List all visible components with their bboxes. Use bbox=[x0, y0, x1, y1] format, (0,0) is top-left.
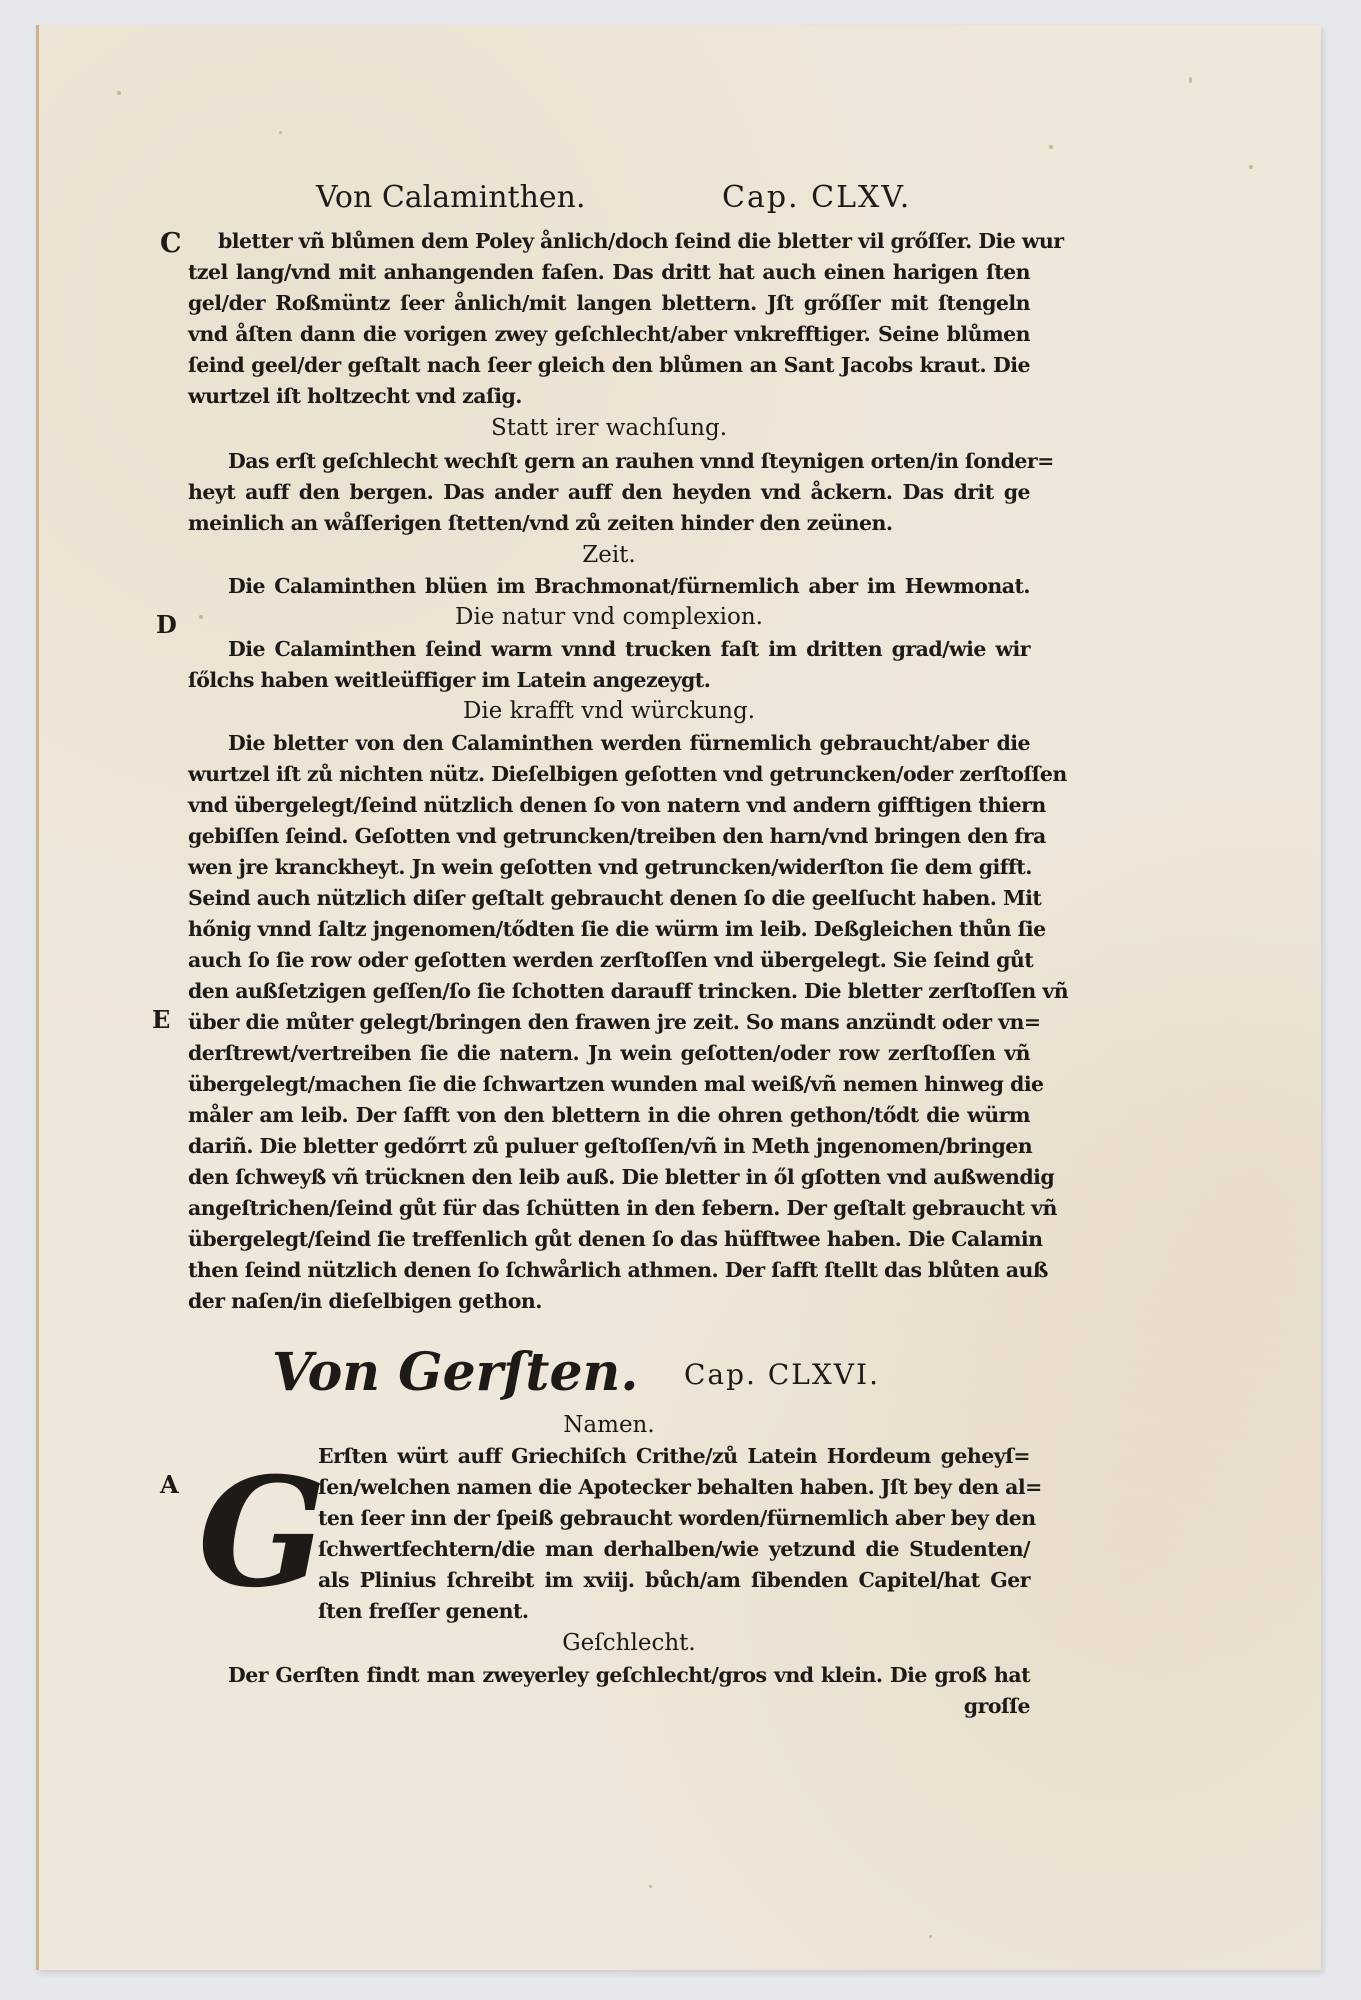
text-line: auch ſo ſie row oder geſotten werden zer… bbox=[188, 945, 1030, 976]
foxing-spot bbox=[929, 1935, 932, 1938]
text-line: wen jre kranckheyt. Jn wein geſotten vnd… bbox=[188, 852, 1030, 883]
text-line: wurtzel iſt zů nichten nütz. Dieſelbigen… bbox=[188, 759, 1030, 790]
text-line: bletter vñ blůmen dem Poley ånlich/doch … bbox=[218, 226, 1030, 257]
chapter-166-number: Cap. CLXVI. bbox=[684, 1358, 880, 1391]
text-line: den außſetzigen geſſen/ſo ſie ſchotten d… bbox=[188, 976, 1030, 1007]
foxing-spot bbox=[1249, 165, 1253, 169]
foxing-spot bbox=[117, 91, 121, 95]
section-heading-nature: Die natur vnd complexion. bbox=[188, 602, 1030, 633]
text-line: übergelegt/ſeind ſie treffenlich gůt den… bbox=[188, 1224, 1030, 1255]
text-line: Seind auch nützlich diſer geſtalt gebrau… bbox=[188, 883, 1030, 914]
text-line: meinlich an wåſſerigen ſtetten/vnd zů ze… bbox=[188, 508, 1030, 539]
section-heading-power: Die krafft vnd würckung. bbox=[188, 696, 1030, 727]
decorative-initial-g: G bbox=[198, 1458, 310, 1608]
section-heading-time: Zeit. bbox=[188, 540, 1030, 571]
text-line: hőnig vnnd ſaltz jngenomen/tődten ſie di… bbox=[188, 914, 1030, 945]
section-heading-kinds: Geſchlecht. bbox=[208, 1628, 1050, 1659]
text-line: gebiſſen ſeind. Geſotten vnd getruncken/… bbox=[188, 821, 1030, 852]
text-line: ſen/welchen namen die Apotecker behalten… bbox=[318, 1472, 1030, 1503]
foxing-spot bbox=[1189, 77, 1192, 83]
text-line: als Plinius ſchreibt im xviij. bůch/am ſ… bbox=[318, 1565, 1030, 1596]
foxing-spot bbox=[649, 1885, 652, 1888]
margin-letter-d: D bbox=[156, 610, 177, 639]
text-line: tzel lang/vnd mit anhangenden faſen. Das… bbox=[188, 257, 1030, 288]
text-line: den ſchweyß vñ trücknen den leib auß. Di… bbox=[188, 1162, 1030, 1193]
text-line: angeſtrichen/ſeind gůt für das ſchütten … bbox=[188, 1193, 1030, 1224]
chapter-165-number: Cap. CLXV. bbox=[722, 180, 911, 215]
text-line: ſchwertfechtern/die man derhalben/wie ye… bbox=[318, 1534, 1030, 1565]
foxing-spot bbox=[279, 131, 282, 134]
text-line: Die Calaminthen ſeind warm vnnd trucken … bbox=[228, 634, 1030, 665]
text-line: übergelegt/machen ſie die ſchwartzen wun… bbox=[188, 1069, 1030, 1100]
text-line: Der Gerſten findt man zweyerley geſchlec… bbox=[228, 1660, 1030, 1691]
margin-letter-c: C bbox=[160, 228, 182, 259]
text-line: dariñ. Die bletter gedőrrt zů puluer geſ… bbox=[188, 1131, 1030, 1162]
foxing-spot bbox=[1049, 145, 1053, 149]
text-line: then ſeind nützlich denen ſo ſchwårlich … bbox=[188, 1255, 1030, 1286]
text-line: derſtrewt/vertreiben ſie die natern. Jn … bbox=[188, 1038, 1030, 1069]
text-line: Die Calaminthen blüen im Brachmonat/fürn… bbox=[228, 571, 1030, 602]
margin-letter-e: E bbox=[152, 1005, 170, 1034]
text-line: ſőlchs haben weitleüffiger im Latein ang… bbox=[188, 665, 1030, 696]
section-heading-habitat: Statt irer wachſung. bbox=[188, 413, 1030, 444]
text-line: vnd übergelegt/ſeind nützlich denen ſo v… bbox=[188, 790, 1030, 821]
chapter-166-title: Von Gerſten. bbox=[272, 1342, 638, 1403]
catchword: groſſe bbox=[964, 1691, 1030, 1722]
text-line: vnd åſten dann die vorigen zwey geſchlec… bbox=[188, 319, 1030, 350]
text-line: heyt auff den bergen. Das ander auff den… bbox=[188, 477, 1030, 508]
section-heading-names: Namen. bbox=[188, 1410, 1030, 1441]
text-line: wurtzel iſt holtzecht vnd zaſig. bbox=[188, 381, 1030, 412]
text-line: der naſen/in dieſelbigen gethon. bbox=[188, 1286, 1030, 1317]
margin-letter-a: A bbox=[160, 1470, 179, 1499]
chapter-165-title: Von Calaminthen. bbox=[316, 180, 586, 215]
text-line: Die bletter von den Calaminthen werden f… bbox=[228, 728, 1030, 759]
text-line: ſeind geel/der geſtalt nach ſeer gleich … bbox=[188, 350, 1030, 381]
text-line: ten ſeer inn der ſpeiß gebraucht worden/… bbox=[318, 1503, 1030, 1534]
text-line: Erſten würt auff Griechiſch Crithe/zů La… bbox=[318, 1441, 1030, 1472]
text-line: gel/der Roßmüntz ſeer ånlich/mit langen … bbox=[188, 288, 1030, 319]
text-line: ſten freſſer genent. bbox=[318, 1596, 1030, 1627]
text-line: måler am leib. Der ſafft von den bletter… bbox=[188, 1100, 1030, 1131]
text-line: Das erſt geſchlecht wechſt gern an rauhe… bbox=[228, 446, 1030, 477]
text-line: über die můter gelegt/bringen den frawen… bbox=[188, 1007, 1030, 1038]
